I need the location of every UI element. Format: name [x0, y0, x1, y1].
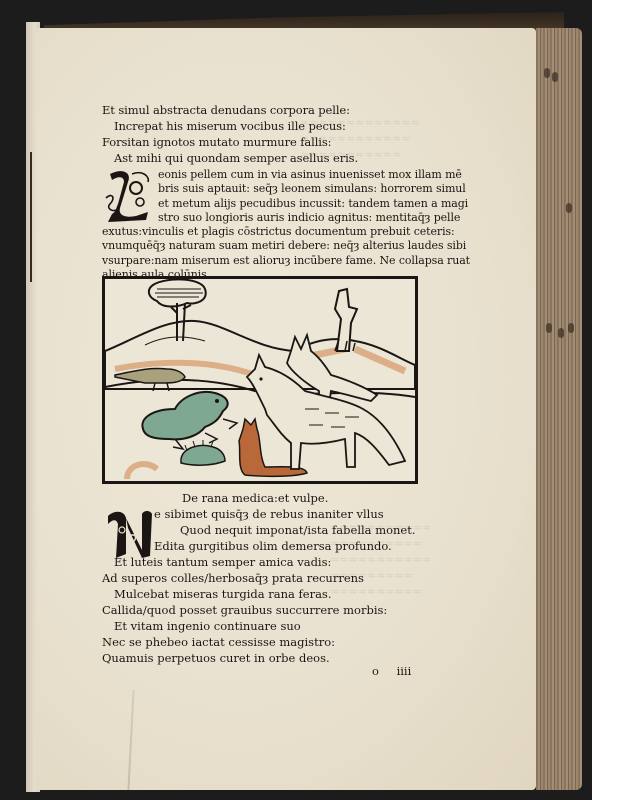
- verse-line: Nec se phebeo iactat cessisse magistro:: [102, 634, 458, 650]
- prose-line: vsurpare:nam miserum est alioruȝ incūber…: [102, 254, 458, 268]
- image-margin: [592, 0, 618, 800]
- verse-line: Quod nequit imponat/ista fabella monet.: [102, 522, 458, 538]
- verse-line: Ad superos colles/herbosaq̄ȝ prata recur…: [102, 570, 458, 586]
- decorated-initial-n-icon: [102, 506, 154, 562]
- woodcut-illustration: [102, 276, 418, 484]
- prose-line: et metum alijs pecudibus incussit: tande…: [102, 197, 458, 211]
- verse-line: Et simul abstracta denudans corpora pell…: [102, 102, 458, 118]
- verse-line: Et vitam ingenio continuare suo: [102, 618, 458, 634]
- verse-line: Ast mihi qui quondam semper asellus eris…: [102, 150, 458, 166]
- fable-opening: e sibimet quisq̄ȝ de rebus inaniter vllu…: [102, 506, 458, 554]
- ink-mark: [27, 152, 32, 282]
- prose-line: eonis pellem cum in via asinus inuenisse…: [102, 168, 458, 182]
- fable-title: De rana medica:et vulpe.: [102, 490, 458, 506]
- prose-line: stro suo longioris auris indicio agnitus…: [102, 211, 458, 225]
- prose-line: vnumquēq̄ȝ naturam suam metiri debere: n…: [102, 239, 458, 253]
- verse-line: Callida/quod posset grauibus succurrere …: [102, 602, 458, 618]
- signature-mark: o iiii: [372, 664, 411, 678]
- verse-line: Mulcebat miseras turgida rana feras.: [102, 586, 458, 602]
- upper-text: Et simul abstracta denudans corpora pell…: [102, 102, 458, 282]
- verse-line: Edita gurgitibus olim demersa profundo.: [102, 538, 458, 554]
- woodcut-scene-icon: [105, 279, 415, 481]
- verse-line: Forsitan ignotos mutato murmure fallis:: [102, 134, 458, 150]
- verse-line: Increpat his miserum vocibus ille pecus:: [102, 118, 458, 134]
- prose-paragraph: eonis pellem cum in via asinus inuenisse…: [102, 168, 458, 282]
- verse-line: Et luteis tantum semper amica vadis:: [102, 554, 458, 570]
- prose-line: exutus:vinculis et plagis cōstrictus doc…: [102, 225, 458, 239]
- verse-line: e sibimet quisq̄ȝ de rebus inaniter vllu…: [102, 506, 458, 522]
- prose-line: bris suis aptauit: seq̄ȝ leonem simulans…: [102, 182, 458, 196]
- decorated-initial-l-icon: [102, 168, 154, 224]
- fable-section: De rana medica:et vulpe. e sibimet quisq…: [102, 490, 458, 666]
- book-fore-edge: [536, 28, 582, 790]
